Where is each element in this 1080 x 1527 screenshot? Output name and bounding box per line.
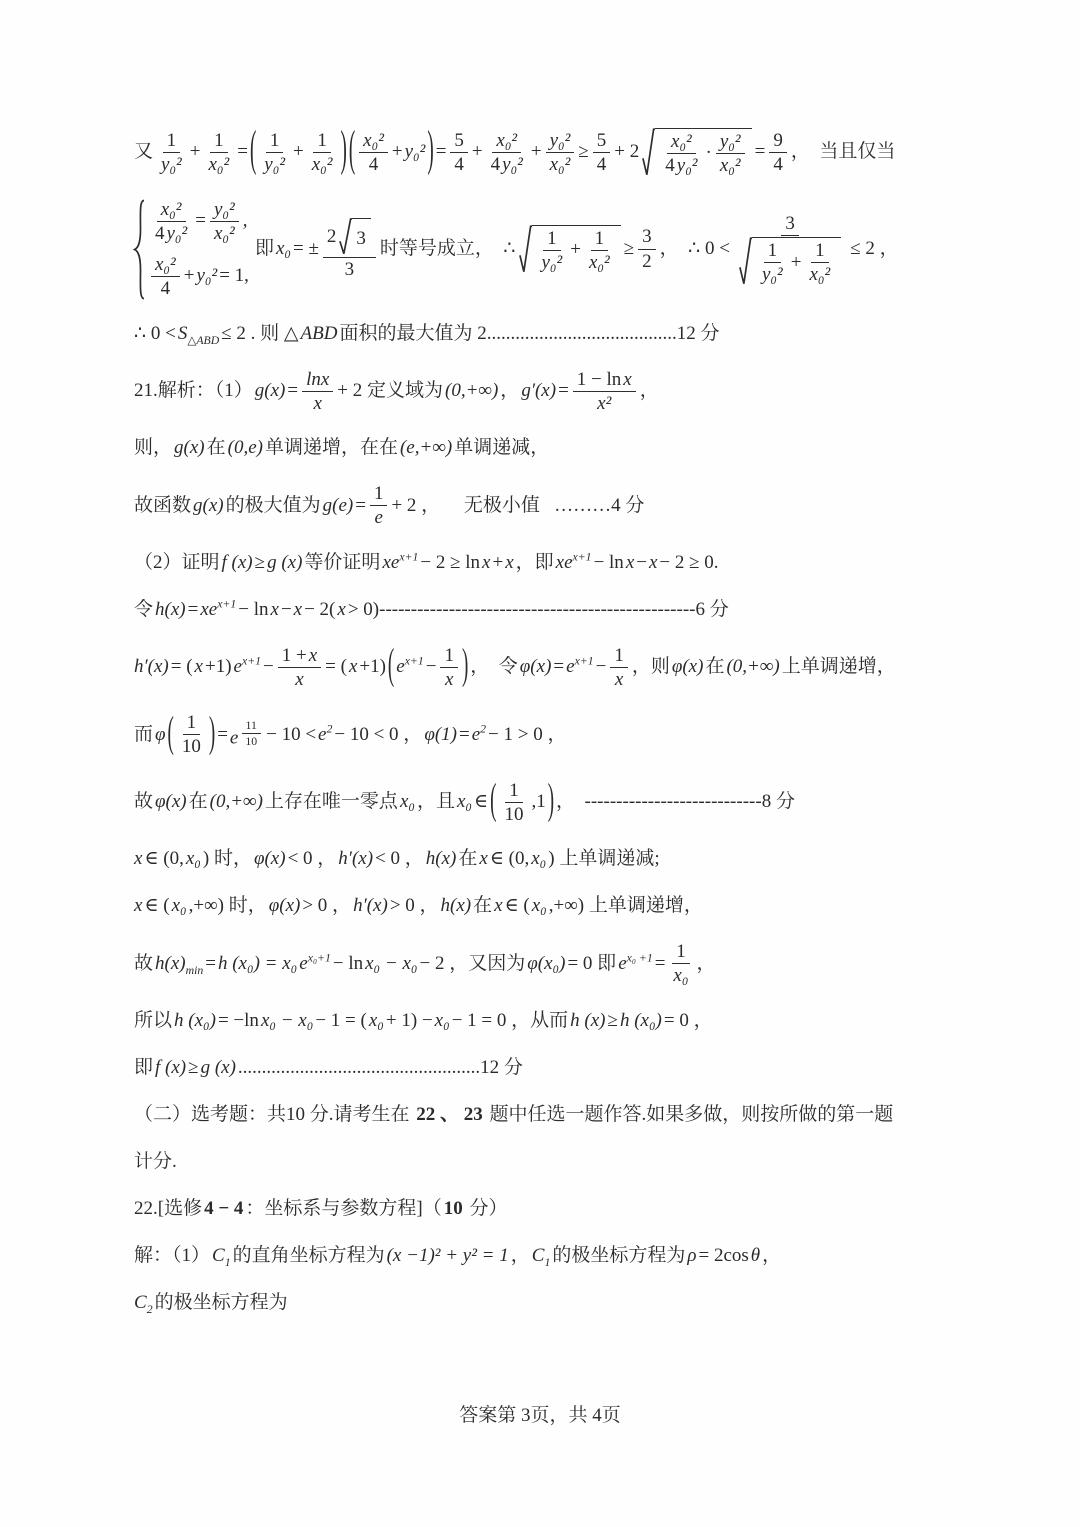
line-21-unique-zero: 故φ(x)在(0,+∞)上存在唯一零点x₀，且x₀∈(110,1)， -----…	[133, 780, 963, 826]
math-text: =	[755, 140, 766, 165]
subscript: 2	[147, 1303, 153, 1316]
math-text: 4	[597, 154, 607, 175]
math-text: =	[558, 379, 569, 404]
math-text: 4	[369, 154, 379, 175]
math-variable: (e,+∞)	[400, 436, 452, 461]
math-text: +	[472, 140, 483, 165]
math-text: 1	[614, 645, 624, 666]
solution-content: 又1y₀²+1x₀²=(1y₀²+1x₀²)(x₀²4+y₀²)=54+x₀²4…	[133, 128, 963, 1316]
superscript: x+1	[399, 551, 418, 564]
math-text: ， ----------------------------8 分	[556, 790, 795, 815]
fraction: x₀²4	[359, 130, 388, 176]
math-variable: x	[134, 894, 142, 919]
math-text: ，	[696, 952, 715, 977]
fraction: 31y₀²+1x₀²	[734, 213, 846, 286]
math-text: 所以	[134, 1009, 172, 1034]
math-text: 在	[207, 436, 226, 461]
math-variable: x₀²	[155, 254, 176, 275]
math-text: 4	[665, 155, 675, 176]
denominator: 4	[593, 153, 611, 175]
math-variable: x	[623, 369, 631, 390]
numerator: y₀²	[716, 131, 745, 154]
superscript: x+1	[217, 598, 236, 611]
math-variable: e1110	[230, 719, 264, 751]
denominator: x	[309, 392, 325, 414]
math-variable: x₀	[186, 847, 201, 872]
math-text: 5	[597, 130, 607, 151]
math-text: =	[205, 952, 216, 977]
math-variable: g′(x)	[521, 379, 556, 404]
radical-icon	[739, 237, 752, 286]
subscript: 1	[225, 1256, 231, 1269]
math-text: 等价证明	[304, 551, 380, 576]
math-text: − ln	[238, 598, 268, 623]
math-variable: lnx	[306, 369, 329, 390]
math-variable: f (x)	[155, 1056, 186, 1081]
math-variable: g(x)	[255, 379, 286, 404]
square-root: 3	[339, 218, 371, 255]
math-variable: xex+1	[382, 551, 418, 576]
math-text: 面积的最大值为 2...............................…	[339, 322, 719, 347]
math-variable: y₀²	[502, 154, 523, 175]
subscript: min	[186, 963, 204, 976]
math-variable: θ	[751, 1244, 760, 1269]
denominator: 4	[157, 277, 175, 299]
numerator: 1	[266, 130, 284, 153]
stretch-bracket: )	[462, 639, 468, 696]
math-text: （二）选考题：共10 分.请考生在	[134, 1103, 414, 1128]
document-page: 又1y₀²+1x₀²=(1y₀²+1x₀²)(x₀²4+y₀²)=54+x₀²4…	[0, 0, 1080, 1527]
math-text: ≥	[578, 140, 588, 165]
math-text: ∈ (	[505, 894, 530, 919]
math-text: 4	[773, 154, 783, 175]
denominator: 4y₀²	[661, 154, 701, 176]
numerator: lnx	[302, 369, 333, 392]
math-variable: x	[494, 894, 502, 919]
math-variable: x₀²	[312, 154, 333, 175]
denominator: x	[441, 668, 457, 690]
numerator: 1	[313, 130, 331, 153]
math-variable: φ(x₀)	[527, 952, 565, 977]
math-text: ， 当且仅当	[791, 140, 896, 165]
line-optional-section-header: （二）选考题：共10 分.请考生在 22 、 23 题中任选一题作答.如果多做，…	[133, 1103, 963, 1128]
radical-icon	[642, 128, 655, 177]
stretch-bracket: (	[490, 774, 496, 831]
math-text: 分）	[465, 1197, 508, 1222]
numerator: 3	[781, 213, 799, 236]
numerator: 1	[440, 645, 458, 668]
math-variable: (0,+∞)	[210, 790, 263, 815]
math-variable: φ	[155, 723, 166, 748]
superscript: x+1	[242, 655, 261, 668]
numerator: 5	[450, 130, 468, 153]
fraction: 94	[769, 130, 787, 176]
numerator: 1	[811, 240, 829, 263]
math-text: ≥	[188, 1056, 198, 1081]
math-text: ，	[640, 379, 659, 404]
math-variable: (x −1)² + y² = 1	[387, 1244, 509, 1269]
line-scoring-note: 计分.	[133, 1150, 963, 1175]
math-text: =	[436, 140, 447, 165]
numerator: 1	[610, 645, 628, 668]
superscript: x+1	[573, 551, 592, 564]
radicand: 3	[352, 218, 371, 255]
math-text: =	[355, 494, 366, 519]
math-variable: x	[134, 847, 142, 872]
math-variable: x	[295, 669, 303, 690]
stretch-bracket: (	[349, 120, 355, 184]
line-21-h-zero: 所以h (x₀)= −lnx₀ − x₀− 1 = (x₀+ 1) −x₀− 1…	[133, 1009, 963, 1034]
math-variable: x²	[597, 393, 611, 414]
stretch-bracket: )	[427, 120, 433, 184]
numerator: x₀²	[667, 131, 696, 154]
math-text: 1	[595, 228, 605, 249]
math-text: =	[553, 655, 564, 680]
numerator: 1	[183, 712, 201, 735]
math-variable: e2	[318, 723, 332, 748]
denominator: x₀²	[204, 153, 233, 175]
stretch-bracket: )	[341, 120, 347, 184]
math-variable: x₀	[400, 790, 415, 815]
line-21-define-h: 令h(x)=xex+1− lnx−x− 2(x> 0)-------------…	[133, 598, 963, 623]
line-21-h-derivative: h′(x)= (x+1)ex+1−1 +xx= (x+1)(ex+1−1x)， …	[133, 645, 963, 691]
fraction: 1y₀²	[260, 130, 289, 176]
math-text: 1 − ln	[577, 369, 622, 390]
denominator: 4	[365, 153, 383, 175]
line-21-conclusion: 即f (x)≥g (x)............................…	[133, 1056, 963, 1081]
math-variable: y₀²	[550, 130, 571, 151]
math-text: ≥	[624, 237, 634, 262]
numerator: x₀²	[157, 199, 186, 222]
math-text: + 1) −	[386, 1009, 433, 1034]
math-text: 3	[642, 226, 652, 247]
stretch-bracket: (	[250, 120, 256, 184]
radical-icon	[519, 225, 532, 274]
fraction: 1e	[370, 483, 388, 529]
math-text: > 0 ，	[390, 894, 439, 919]
fraction: y₀²x₀²	[716, 131, 745, 177]
math-text: = (	[171, 655, 193, 680]
subscript: 1	[544, 1256, 550, 1269]
math-variable: x	[313, 393, 321, 414]
line-area-conclusion: ∴ 0 <S△ABD≤ 2 . 则 △ABD面积的最大值为 2.........…	[133, 322, 963, 347]
math-variable: (0,+∞)	[445, 379, 498, 404]
math-text: ，则	[632, 655, 670, 680]
math-text: ∈	[474, 790, 488, 815]
math-text: 10	[182, 736, 201, 757]
stretch-bracket: (	[388, 639, 394, 696]
math-text: 3	[356, 228, 366, 249]
fraction: x₀²4	[151, 254, 180, 300]
denominator: 3	[341, 258, 359, 280]
math-text: 解：（1）	[134, 1244, 210, 1269]
fraction: 1x	[440, 645, 458, 691]
square-root: 1y₀²+1x₀²	[519, 225, 621, 274]
math-text: 10	[444, 1197, 463, 1222]
math-variable: y₀²	[214, 199, 235, 220]
math-variable: φ(x)	[520, 655, 552, 680]
math-text: 2	[327, 226, 337, 247]
math-text: = 0 ，	[664, 1009, 713, 1034]
math-variable: (0,e)	[228, 436, 263, 461]
math-text: −	[263, 655, 274, 680]
line-21-part2-statement: （2）证明f (x)≥g (x)等价证明xex+1− 2 ≥ lnx+x，即xe…	[133, 551, 963, 576]
fraction: 1x₀²	[585, 228, 614, 274]
math-variable: x₀ − x₀	[261, 1009, 313, 1034]
math-text: ,	[243, 209, 248, 234]
numerator: 11	[242, 719, 261, 734]
math-text: ≤ 2 . 则 △	[221, 322, 298, 347]
denominator: y₀²	[260, 153, 289, 175]
numerator: 9	[769, 130, 787, 153]
line-21-part1-derivative: 21.解析：（1）g(x)=lnxx+ 2 定义域为(0,+∞)，g′(x)=1…	[133, 369, 963, 415]
fraction: 54	[593, 130, 611, 176]
math-text: +	[392, 140, 403, 165]
fraction: 1x₀²	[805, 240, 834, 286]
math-text: ，	[500, 379, 519, 404]
math-variable: x₀²	[496, 130, 517, 151]
math-text: ,+∞) 时，	[189, 894, 267, 919]
math-text: 3	[785, 213, 795, 234]
math-variable: y₀²	[405, 140, 426, 165]
math-text: =	[459, 723, 470, 748]
math-text: < 0 ，	[288, 847, 337, 872]
fraction: 1x₀²	[308, 130, 337, 176]
math-variable: x₀²	[208, 154, 229, 175]
numerator: 1	[764, 240, 782, 263]
math-text: ) 上单调递减;	[548, 847, 659, 872]
math-text: 又	[134, 140, 153, 165]
math-text: =	[655, 952, 666, 977]
math-text: − 2 ≥ 0.	[659, 551, 718, 576]
math-text: +	[791, 252, 802, 273]
fraction: 1x	[610, 645, 628, 691]
math-variable: e	[374, 507, 382, 528]
denominator: x	[291, 668, 307, 690]
math-variable: y₀²	[264, 154, 285, 175]
denominator: x₀	[669, 964, 692, 986]
math-variable: h (x₀) = x₀	[218, 952, 297, 977]
math-text: ) 时，	[203, 847, 252, 872]
math-text: 4	[161, 278, 171, 299]
math-variable: f (x)	[222, 551, 253, 576]
math-text: 上存在唯一零点	[265, 790, 398, 815]
math-text: 4 − 4	[204, 1197, 243, 1222]
numerator: 1	[505, 780, 523, 803]
math-text: 令	[134, 598, 153, 623]
math-text: 2	[642, 251, 652, 272]
line-22-title: 22.[选修4 − 4：坐标系与参数方程]（10 分）	[133, 1197, 963, 1222]
stretch-bracket: )	[548, 774, 554, 831]
math-text: 1	[547, 228, 557, 249]
math-variable: h (x₀)	[620, 1009, 662, 1034]
math-text: 的直角坐标方程为	[233, 1244, 385, 1269]
math-variable: x₀²	[214, 223, 235, 244]
math-variable: h(x)	[441, 894, 472, 919]
math-variable: x	[649, 551, 657, 576]
math-variable: h (x₀)	[174, 1009, 216, 1034]
math-variable: x₀	[457, 790, 472, 815]
math-variable: C2	[134, 1291, 153, 1316]
math-variable: g (x)	[267, 551, 302, 576]
math-text: 22 、 23	[416, 1103, 483, 1128]
math-text: 1	[444, 645, 454, 666]
math-text: =	[237, 140, 248, 165]
math-variable: x₀²	[809, 264, 830, 285]
math-text: = 2cos	[698, 1244, 748, 1269]
math-text: 4	[491, 154, 501, 175]
math-variable: C1	[532, 1244, 551, 1269]
math-text: 1	[676, 941, 686, 962]
math-text: 即	[255, 237, 274, 262]
math-text: 在	[458, 847, 477, 872]
denominator: e	[370, 506, 386, 528]
math-text: 在	[473, 894, 492, 919]
math-text: （2）证明	[134, 551, 220, 576]
numerator: x₀²	[492, 130, 521, 153]
math-variable: h(x)	[426, 847, 457, 872]
math-text: 时等号成立， ∴	[380, 237, 516, 262]
math-text: 故	[134, 952, 153, 977]
subscript: △ABD	[187, 334, 219, 347]
radical-icon	[339, 218, 352, 255]
math-text: 而	[134, 723, 153, 748]
math-text: ∈ (	[144, 894, 169, 919]
math-text: 在	[189, 790, 208, 815]
cases-rows: x₀²4y₀²=y₀²x₀²,x₀²4+y₀²= 1,	[148, 199, 250, 300]
math-variable: h (x)	[570, 1009, 605, 1034]
math-variable: x	[337, 598, 345, 623]
radicand: 1y₀²+1x₀²	[532, 225, 621, 274]
math-text: +	[492, 551, 503, 576]
superscript: x₀ +1	[627, 951, 653, 964]
denominator: x₀²	[805, 263, 834, 285]
math-variable: (0,+∞)	[726, 655, 779, 680]
math-text: −	[596, 655, 607, 680]
math-text: 单调递减，	[454, 436, 549, 461]
math-text: 1	[317, 130, 327, 151]
denominator: x₀²	[716, 154, 745, 176]
fraction: y₀²x₀²	[546, 130, 575, 176]
math-text: − 2 ，又因为	[420, 952, 526, 977]
denominator: 10	[500, 803, 527, 825]
math-variable: ex+1	[566, 655, 593, 680]
math-text: 即	[134, 1056, 153, 1081]
math-text: − 2(	[304, 598, 335, 623]
math-text: 10	[504, 804, 523, 825]
denominator: x	[611, 668, 627, 690]
superscript: 1110	[238, 726, 264, 739]
math-text: 故	[134, 790, 153, 815]
page-footer: 答案第 3页，共 4页	[0, 1400, 1080, 1427]
fraction: 1 − lnxx²	[573, 369, 636, 415]
line-21-phi-values: 而φ(110)=e1110− 10 <e2− 10 < 0 ，φ(1)=e2− …	[133, 712, 963, 758]
fraction: 32	[638, 226, 656, 272]
square-root: x₀²4y₀²·y₀²x₀²	[642, 128, 751, 177]
denominator: x₀²	[210, 222, 239, 244]
math-text: 计分.	[134, 1150, 177, 1175]
line-21-maximum: 故函数g(x)的极大值为g(e)=1e+ 2 ， 无极小值 ………4 分	[133, 483, 963, 529]
math-variable: y₀²	[720, 131, 741, 152]
denominator: y₀²	[538, 251, 567, 273]
numerator: 1 +x	[278, 645, 321, 668]
math-text: ∈ (0,	[144, 847, 183, 872]
denominator: 4	[769, 153, 787, 175]
math-variable: g (x)	[201, 1056, 236, 1081]
denominator: 1y₀²+1x₀²	[734, 236, 846, 286]
math-variable: xex+1	[556, 551, 592, 576]
math-variable: ex₀+1	[299, 952, 331, 977]
math-text: + 2 定义域为	[337, 379, 443, 404]
math-variable: h(x)	[155, 598, 186, 623]
math-text: +	[531, 140, 542, 165]
math-variable: x	[482, 551, 490, 576]
math-text: ∴ 0 <	[134, 322, 176, 347]
math-variable: φ(x)	[254, 847, 286, 872]
math-variable: xex+1	[200, 598, 236, 623]
math-variable: x	[505, 551, 513, 576]
fraction: 1 +xx	[278, 645, 321, 691]
math-text: −	[426, 655, 437, 680]
math-text: 22.[选修	[134, 1197, 202, 1222]
superscript: x+1	[405, 655, 424, 668]
math-variable: h′(x)	[338, 847, 373, 872]
math-text: = −ln	[218, 1009, 259, 1034]
radicand: 1y₀²+1x₀²	[752, 237, 841, 286]
denominator: y₀²	[758, 263, 787, 285]
fraction: 1x₀²	[204, 130, 233, 176]
line-22-c1-equation: 解：（1）C1的直角坐标方程为(x −1)² + y² = 1，C1的极坐标方程…	[133, 1244, 963, 1269]
math-text: 4	[454, 154, 464, 175]
math-text: 9	[773, 130, 783, 151]
cases-row: x₀²4y₀²=y₀²x₀²,	[148, 199, 248, 245]
line-21-decreasing-interval: x∈ (0,x₀) 时，φ(x)< 0 ，h′(x)< 0 ，h(x)在x∈ (…	[133, 847, 963, 872]
math-text: − 10 < 0 ，	[334, 723, 422, 748]
line-inequality-expansion: 又1y₀²+1x₀²=(1y₀²+1x₀²)(x₀²4+y₀²)=54+x₀²4…	[133, 128, 963, 177]
math-variable: x	[349, 655, 357, 680]
math-text: −	[636, 551, 647, 576]
fraction: 1110	[241, 719, 261, 748]
math-variable: x₀²	[161, 199, 182, 220]
math-text: ， ∴ 0 <	[660, 237, 730, 262]
numerator: 1	[543, 228, 561, 251]
math-text: 5	[454, 130, 464, 151]
fraction: 1y₀²	[758, 240, 787, 286]
math-text: =	[287, 379, 298, 404]
math-variable: x₀	[531, 847, 546, 872]
fraction: 1x₀	[669, 941, 692, 987]
math-variable: x₀²	[720, 155, 741, 176]
math-text: =	[188, 598, 199, 623]
math-text: = 1,	[219, 264, 249, 289]
math-text: 3	[345, 259, 355, 280]
denominator: x₀²	[546, 153, 575, 175]
superscript: x+1	[575, 655, 594, 668]
math-text: 21.解析：（1）	[134, 379, 253, 404]
math-text: ，	[511, 1244, 530, 1269]
line-21-monotonicity: 则，g(x)在(0,e)单调递增，在在(e,+∞)单调递减，	[133, 436, 963, 461]
numerator: 1	[672, 941, 690, 964]
math-text: ≤ 2 ，	[850, 237, 898, 262]
math-text: 的极坐标方程为	[155, 1291, 288, 1316]
math-text: 1	[214, 130, 224, 151]
math-text: 11	[246, 719, 257, 732]
fraction: 54	[450, 130, 468, 176]
math-variable: y₀²	[196, 264, 217, 289]
denominator: x₀²	[585, 251, 614, 273]
superscript: x₀+1	[308, 951, 331, 964]
math-variable: x	[309, 645, 317, 666]
